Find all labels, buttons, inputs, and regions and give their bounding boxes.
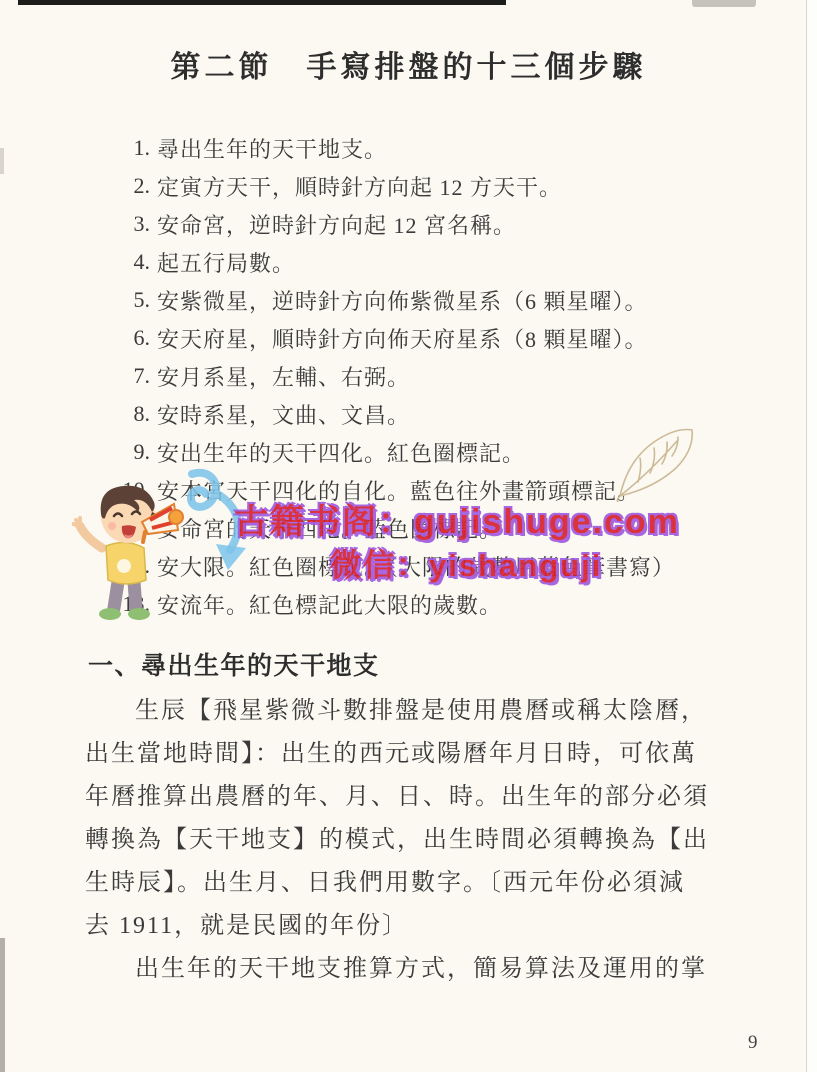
paragraph-line: 年曆推算出農曆的年、月、日、時。出生年的部分必須	[85, 776, 745, 819]
scan-edge-top	[18, 0, 506, 5]
paragraph-line: 去 1911，就是民國的年份〕	[85, 905, 745, 948]
step-row: 2. 定寅方天干，順時針方向起 12 方天干。	[104, 167, 675, 205]
step-row: 9. 安出生年的天干四化。紅色圈標記。	[104, 433, 675, 471]
page-title: 第二節 手寫排盤的十三個步驟	[0, 42, 817, 86]
step-text: 安命宮，逆時針方向起 12 宮名稱。	[157, 209, 516, 240]
step-number: 8.	[104, 401, 150, 427]
watermark-wechat-text: 微信：yishanguji	[330, 540, 602, 585]
step-row: 5. 安紫微星，逆時針方向佈紫微星系（6 顆星曜）。	[104, 281, 675, 319]
step-number: 6.	[104, 325, 150, 351]
page-number: 9	[748, 1032, 758, 1054]
watermark-site-text: 古籍书阁：gujishuge.com	[234, 494, 680, 543]
step-number: 2.	[104, 173, 150, 199]
paragraph-line: 出生年的天干地支推算方式，簡易算法及運用的掌	[85, 948, 745, 991]
step-number: 7.	[104, 363, 150, 389]
step-text: 安流年。紅色標記此大限的歲數。	[157, 589, 502, 620]
step-row: 6. 安天府星，順時針方向佈天府星系（8 顆星曜）。	[104, 319, 675, 357]
step-text: 安天府星，順時針方向佈天府星系（8 顆星曜）。	[157, 323, 648, 354]
subsection-heading: 一、尋出生年的天干地支	[88, 646, 380, 682]
step-row: 1. 尋出生年的天干地支。	[104, 129, 675, 167]
step-text: 尋出生年的天干地支。	[157, 133, 387, 164]
scan-edge-left-bottom	[0, 938, 5, 1072]
paragraph-line: 生時辰】。出生月、日我們用數字。〔西元年份必須減	[85, 862, 745, 905]
scan-edge-top-right	[692, 0, 756, 7]
step-row: 8. 安時系星，文曲、文昌。	[104, 395, 675, 433]
step-text: 起五行局數。	[157, 247, 295, 278]
step-number: 4.	[104, 249, 150, 275]
step-number: 12.	[104, 553, 150, 579]
paragraph-line: 出生當地時間】：出生的西元或陽曆年月日時，可依萬	[85, 733, 745, 776]
step-text: 安紫微星，逆時針方向佈紫微星系（6 顆星曜）。	[157, 285, 648, 316]
step-number: 10.	[104, 477, 150, 503]
scanned-book-page: 第二節 手寫排盤的十三個步驟 1. 尋出生年的天干地支。 2. 定寅方天干，順時…	[0, 0, 817, 1072]
step-row: 3. 安命宮，逆時針方向起 12 宮名稱。	[104, 205, 675, 243]
step-number: 13.	[104, 591, 150, 617]
body-paragraph: 生辰【飛星紫微斗數排盤是使用農曆或稱太陰曆，出生當地時間】：出生的西元或陽曆年月…	[85, 690, 745, 991]
step-number: 5.	[104, 287, 150, 313]
step-text: 安月系星，左輔、右弼。	[157, 361, 410, 392]
paragraph-line: 轉換為【天干地支】的模式，出生時間必須轉換為【出	[85, 819, 745, 862]
scan-edge-right	[806, 0, 817, 1072]
step-number: 3.	[104, 211, 150, 237]
step-row: 13. 安流年。紅色標記此大限的歲數。	[104, 585, 675, 623]
step-row: 4. 起五行局數。	[104, 243, 675, 281]
step-text: 安出生年的天干四化。紅色圈標記。	[157, 437, 525, 468]
scan-edge-left-mid	[0, 148, 4, 174]
step-text: 定寅方天干，順時針方向起 12 方天干。	[157, 171, 562, 202]
paragraph-line: 生辰【飛星紫微斗數排盤是使用農曆或稱太陰曆，	[85, 690, 745, 733]
step-text: 安時系星，文曲、文昌。	[157, 399, 410, 430]
step-row: 7. 安月系星，左輔、右弼。	[104, 357, 675, 395]
step-number: 1.	[104, 135, 150, 161]
step-number: 11.	[104, 515, 150, 541]
step-number: 9.	[104, 439, 150, 465]
